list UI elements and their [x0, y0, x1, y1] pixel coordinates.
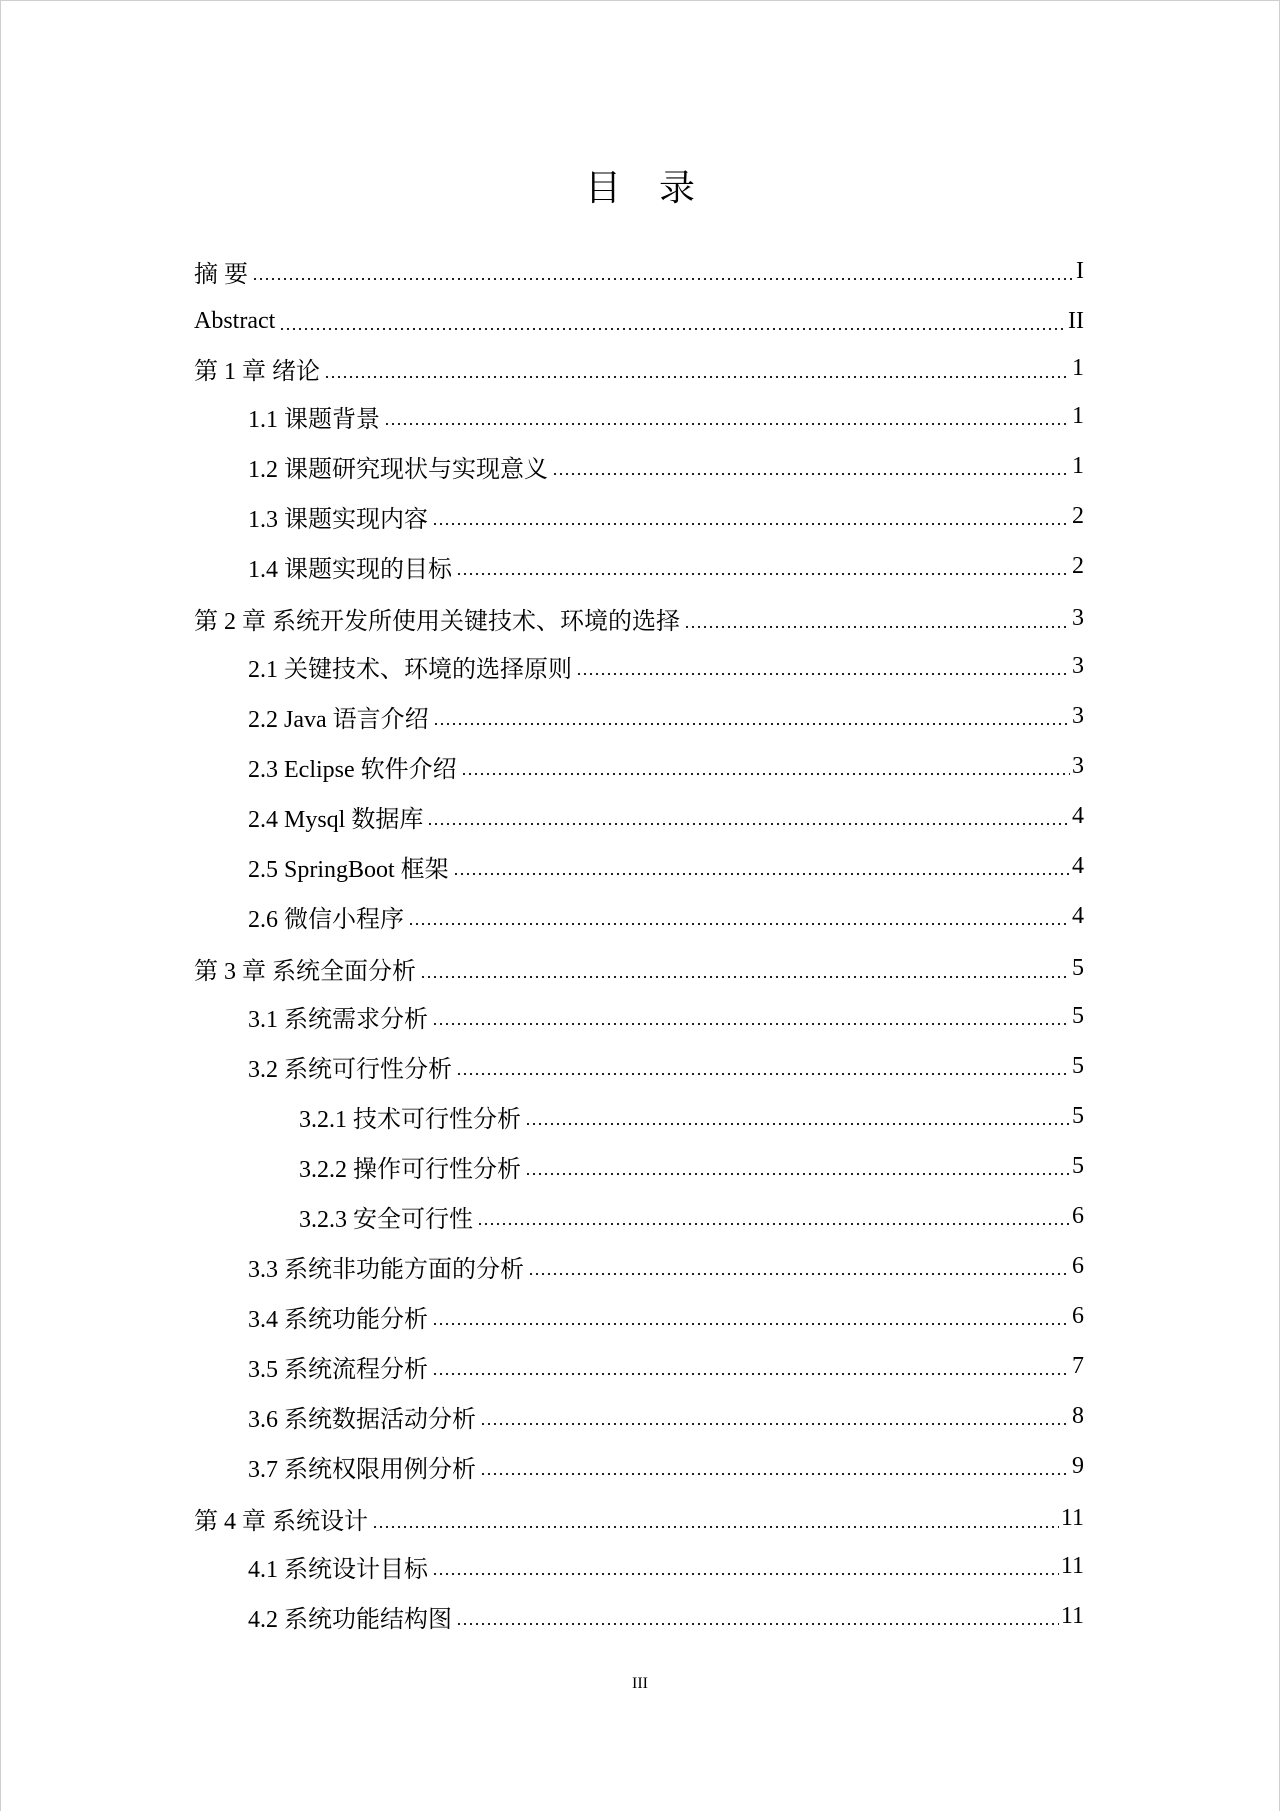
- toc-entry-page-number: 3: [1072, 605, 1084, 632]
- toc-entry-label: 2.6 微信小程序: [248, 899, 404, 934]
- toc-entry-label: 2.3 Eclipse 软件介绍: [248, 749, 457, 784]
- toc-entry-page-number: 6: [1072, 1253, 1084, 1280]
- toc-entry[interactable]: 第 1 章 绪论1: [194, 346, 1084, 391]
- toc-entry-label: 3.2.1 技术可行性分析: [299, 1099, 521, 1134]
- toc-entry-page-number: 9: [1072, 1453, 1084, 1480]
- dot-leader: [525, 1154, 1070, 1178]
- dot-leader: [684, 607, 1070, 631]
- toc-entry[interactable]: 2.5 SpringBoot 框架4: [194, 841, 1084, 891]
- toc-entry-page-number: 6: [1072, 1303, 1084, 1330]
- toc-entry-label: 第 3 章 系统全面分析: [194, 951, 416, 986]
- dot-leader: [528, 1254, 1070, 1278]
- toc-entry-label: 3.7 系统权限用例分析: [248, 1449, 476, 1484]
- toc-entry-page-number: I: [1074, 258, 1084, 285]
- toc-entry[interactable]: 2.2 Java 语言介绍3: [194, 691, 1084, 741]
- toc-entry-page-number: 8: [1072, 1403, 1084, 1430]
- toc-entry[interactable]: 3.6 系统数据活动分析8: [194, 1391, 1084, 1441]
- toc-entry[interactable]: 第 2 章 系统开发所使用关键技术、环境的选择3: [194, 596, 1084, 641]
- dot-leader: [408, 904, 1070, 928]
- dot-leader: [432, 1354, 1070, 1378]
- dot-leader: [453, 854, 1070, 878]
- document-page: 目录 摘 要IAbstractII第 1 章 绪论11.1 课题背景11.2 课…: [0, 0, 1280, 1811]
- toc-entry-label: 2.1 关键技术、环境的选择原则: [248, 649, 572, 684]
- dot-leader: [480, 1454, 1070, 1478]
- toc-entry-label: 3.2.2 操作可行性分析: [299, 1149, 521, 1184]
- dot-leader: [252, 259, 1072, 283]
- toc-entry[interactable]: AbstractII: [194, 296, 1084, 346]
- toc-entry-label: 3.6 系统数据活动分析: [248, 1399, 476, 1434]
- dot-leader: [480, 1404, 1070, 1428]
- dot-leader: [432, 1554, 1059, 1578]
- dot-leader: [384, 404, 1070, 428]
- toc-entry[interactable]: 4.2 系统功能结构图11: [194, 1591, 1084, 1641]
- toc-entry[interactable]: 2.6 微信小程序4: [194, 891, 1084, 941]
- toc-entry[interactable]: 4.1 系统设计目标11: [194, 1541, 1084, 1591]
- toc-entry-label: 1.3 课题实现内容: [248, 499, 428, 534]
- toc-entry[interactable]: 第 3 章 系统全面分析5: [194, 946, 1084, 991]
- dot-leader: [477, 1204, 1070, 1228]
- toc-entry-label: 3.2.3 安全可行性: [299, 1199, 473, 1234]
- toc-entry-label: 3.2 系统可行性分析: [248, 1049, 452, 1084]
- toc-entry-page-number: 4: [1072, 853, 1084, 880]
- toc-entry[interactable]: 3.1 系统需求分析5: [194, 991, 1084, 1041]
- toc-entry[interactable]: 3.5 系统流程分析7: [194, 1341, 1084, 1391]
- toc-entry-label: 3.4 系统功能分析: [248, 1299, 428, 1334]
- toc-entry[interactable]: 3.7 系统权限用例分析9: [194, 1441, 1084, 1491]
- toc-entry-page-number: 3: [1072, 753, 1084, 780]
- toc-entry-label: 3.5 系统流程分析: [248, 1349, 428, 1384]
- toc-entry-label: 第 4 章 系统设计: [194, 1501, 368, 1536]
- toc-entry-page-number: 2: [1072, 553, 1084, 580]
- toc-entry-label: 1.1 课题背景: [248, 399, 380, 434]
- toc-entry-page-number: II: [1068, 308, 1084, 335]
- toc-entry[interactable]: 3.2.2 操作可行性分析5: [194, 1141, 1084, 1191]
- toc-entry-page-number: 6: [1072, 1203, 1084, 1230]
- dot-leader: [427, 804, 1070, 828]
- toc-entry[interactable]: 2.4 Mysql 数据库4: [194, 791, 1084, 841]
- toc-entry-page-number: 5: [1072, 1103, 1084, 1130]
- dot-leader: [324, 357, 1070, 381]
- toc-entry[interactable]: 1.1 课题背景1: [194, 391, 1084, 441]
- page-number-footer: III: [1, 1675, 1279, 1693]
- dot-leader: [576, 654, 1070, 678]
- toc-entry-label: 摘 要: [194, 254, 248, 289]
- toc-entry-label: 3.1 系统需求分析: [248, 999, 428, 1034]
- toc-entry-page-number: 1: [1072, 403, 1084, 430]
- toc-entry[interactable]: 3.2.3 安全可行性6: [194, 1191, 1084, 1241]
- page-title: 目录: [1, 167, 1279, 211]
- toc-entry-page-number: 3: [1072, 703, 1084, 730]
- toc-entry-page-number: 7: [1072, 1353, 1084, 1380]
- toc-entry-page-number: 5: [1072, 1003, 1084, 1030]
- toc-entry-page-number: 5: [1072, 955, 1084, 982]
- toc-entry-label: Abstract: [194, 308, 275, 335]
- dot-leader: [456, 554, 1070, 578]
- dot-leader: [456, 1054, 1070, 1078]
- toc-entry-label: 1.4 课题实现的目标: [248, 549, 452, 584]
- dot-leader: [432, 1304, 1070, 1328]
- toc-entry-page-number: 3: [1072, 653, 1084, 680]
- toc-entry[interactable]: 2.1 关键技术、环境的选择原则3: [194, 641, 1084, 691]
- toc-entry-page-number: 5: [1072, 1053, 1084, 1080]
- toc-entry[interactable]: 1.3 课题实现内容2: [194, 491, 1084, 541]
- toc-entry[interactable]: 第 4 章 系统设计11: [194, 1496, 1084, 1541]
- toc-entry[interactable]: 摘 要I: [194, 246, 1084, 296]
- toc-entry-page-number: 1: [1072, 453, 1084, 480]
- toc-entry-page-number: 11: [1061, 1553, 1084, 1580]
- toc-entry[interactable]: 3.2.1 技术可行性分析5: [194, 1091, 1084, 1141]
- table-of-contents: 摘 要IAbstractII第 1 章 绪论11.1 课题背景11.2 课题研究…: [194, 246, 1084, 1641]
- toc-entry-page-number: 5: [1072, 1153, 1084, 1180]
- toc-entry-label: 3.3 系统非功能方面的分析: [248, 1249, 524, 1284]
- dot-leader: [461, 754, 1070, 778]
- toc-entry-page-number: 1: [1072, 355, 1084, 382]
- toc-entry[interactable]: 1.2 课题研究现状与实现意义1: [194, 441, 1084, 491]
- dot-leader: [552, 454, 1070, 478]
- dot-leader: [432, 504, 1070, 528]
- toc-entry-label: 2.5 SpringBoot 框架: [248, 849, 449, 884]
- toc-entry[interactable]: 3.3 系统非功能方面的分析6: [194, 1241, 1084, 1291]
- dot-leader: [433, 704, 1070, 728]
- toc-entry-label: 第 1 章 绪论: [194, 351, 320, 386]
- toc-entry-label: 4.2 系统功能结构图: [248, 1599, 452, 1634]
- dot-leader: [420, 957, 1070, 981]
- toc-entry-label: 2.4 Mysql 数据库: [248, 799, 423, 834]
- dot-leader: [432, 1004, 1070, 1028]
- toc-entry-page-number: 11: [1061, 1603, 1084, 1630]
- toc-entry[interactable]: 2.3 Eclipse 软件介绍3: [194, 741, 1084, 791]
- toc-entry-page-number: 4: [1072, 903, 1084, 930]
- toc-entry-label: 4.1 系统设计目标: [248, 1549, 428, 1584]
- dot-leader: [525, 1104, 1070, 1128]
- toc-entry-label: 2.2 Java 语言介绍: [248, 699, 429, 734]
- toc-entry-label: 第 2 章 系统开发所使用关键技术、环境的选择: [194, 601, 680, 636]
- toc-entry[interactable]: 1.4 课题实现的目标2: [194, 541, 1084, 591]
- toc-entry[interactable]: 3.2 系统可行性分析5: [194, 1041, 1084, 1091]
- toc-entry[interactable]: 3.4 系统功能分析6: [194, 1291, 1084, 1341]
- dot-leader: [279, 309, 1066, 333]
- toc-entry-page-number: 11: [1061, 1505, 1084, 1532]
- toc-entry-page-number: 4: [1072, 803, 1084, 830]
- dot-leader: [456, 1604, 1059, 1628]
- toc-entry-page-number: 2: [1072, 503, 1084, 530]
- toc-entry-label: 1.2 课题研究现状与实现意义: [248, 449, 548, 484]
- dot-leader: [372, 1507, 1059, 1531]
